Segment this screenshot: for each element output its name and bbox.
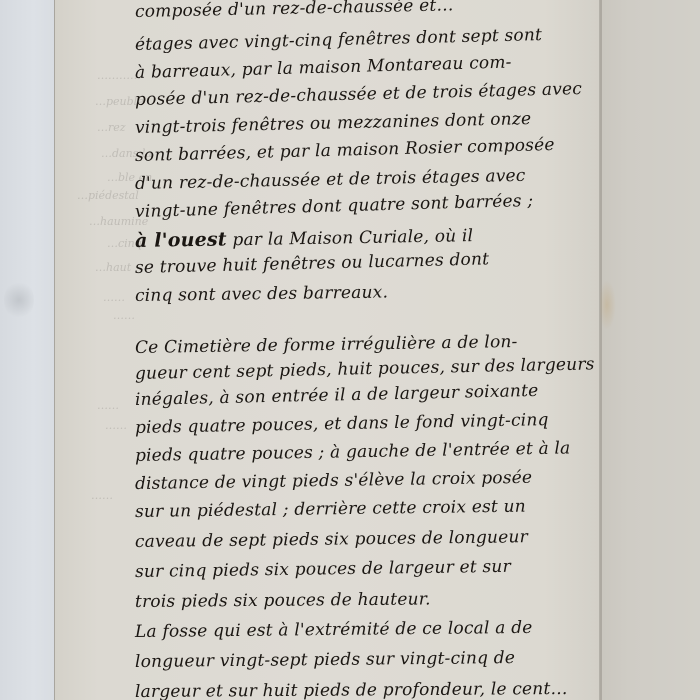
text-line-rest: par la Maison Curiale, où il — [227, 226, 474, 250]
text-line: étages avec vingt-cinq fenêtres dont sep… — [135, 25, 542, 55]
bleed-through-text: ………… …peuble …rez …dans la …ble en …piéd… — [67, 0, 137, 700]
text-line: sur un piédestal ; derrière cette croix … — [135, 497, 526, 522]
text-line: longueur vingt-sept pieds sur vingt-cinq… — [135, 648, 515, 672]
bleed-line: …… — [113, 310, 135, 321]
text-line: d'un rez-de-chaussée et de trois étages … — [135, 166, 526, 194]
text-line: La fosse qui est à l'extrémité de ce loc… — [135, 618, 533, 642]
text-line: gueur cent sept pieds, huit pouces, sur … — [135, 354, 595, 384]
bleed-line: …… — [105, 420, 127, 431]
text-line: sur cinq pieds six pouces de largeur et … — [135, 557, 511, 582]
direction-heading: à l'ouest — [135, 228, 227, 252]
bleed-line: …haut — [95, 262, 131, 273]
bleed-line: …… — [91, 490, 113, 501]
bleed-line: …rez — [97, 122, 126, 133]
text-line: pieds quatre pouces, et dans le fond vin… — [135, 410, 549, 438]
bleed-line: …… — [103, 292, 125, 303]
text-line: vingt-trois fenêtres ou mezzanines dont … — [135, 109, 532, 138]
text-line: cinq sont avec des barreaux. — [135, 282, 388, 306]
text-line: se trouve huit fenêtres ou lucarnes dont — [135, 249, 490, 278]
text-line: vingt-une fenêtres dont quatre sont barr… — [135, 191, 534, 222]
background-surface — [0, 0, 56, 700]
underlying-sheet — [598, 0, 700, 700]
text-line: caveau de sept pieds six pouces de longu… — [135, 527, 528, 552]
text-line: Ce Cimetière de forme irrégulière a de l… — [135, 332, 518, 358]
text-line: trois pieds six pouces de hauteur. — [135, 589, 431, 612]
text-line: à l'ouest par la Maison Curiale, où il — [135, 224, 474, 252]
fold-line — [600, 0, 602, 700]
text-line: inégales, à son entrée il a de largeur s… — [135, 381, 539, 410]
bleed-line: …piédestal — [77, 190, 139, 201]
text-line: composée d'un rez-de-chaussée et… — [135, 0, 454, 22]
shadow-smudge — [4, 280, 34, 320]
text-line: posée d'un rez-de-chaussée et de trois é… — [135, 79, 583, 110]
bleed-line: …… — [97, 400, 119, 411]
text-line: sont barrées, et par la maison Rosier co… — [135, 135, 555, 166]
text-line: largeur et sur huit pieds de profondeur,… — [135, 679, 568, 700]
text-line: à barreaux, par la maison Montareau com- — [135, 52, 512, 83]
manuscript-page: ………… …peuble …rez …dans la …ble en …piéd… — [55, 0, 599, 700]
paper-stain — [598, 280, 616, 330]
text-line: pieds quatre pouces ; à gauche de l'entr… — [135, 438, 571, 466]
text-line: distance de vingt pieds s'élève la croix… — [135, 468, 533, 494]
